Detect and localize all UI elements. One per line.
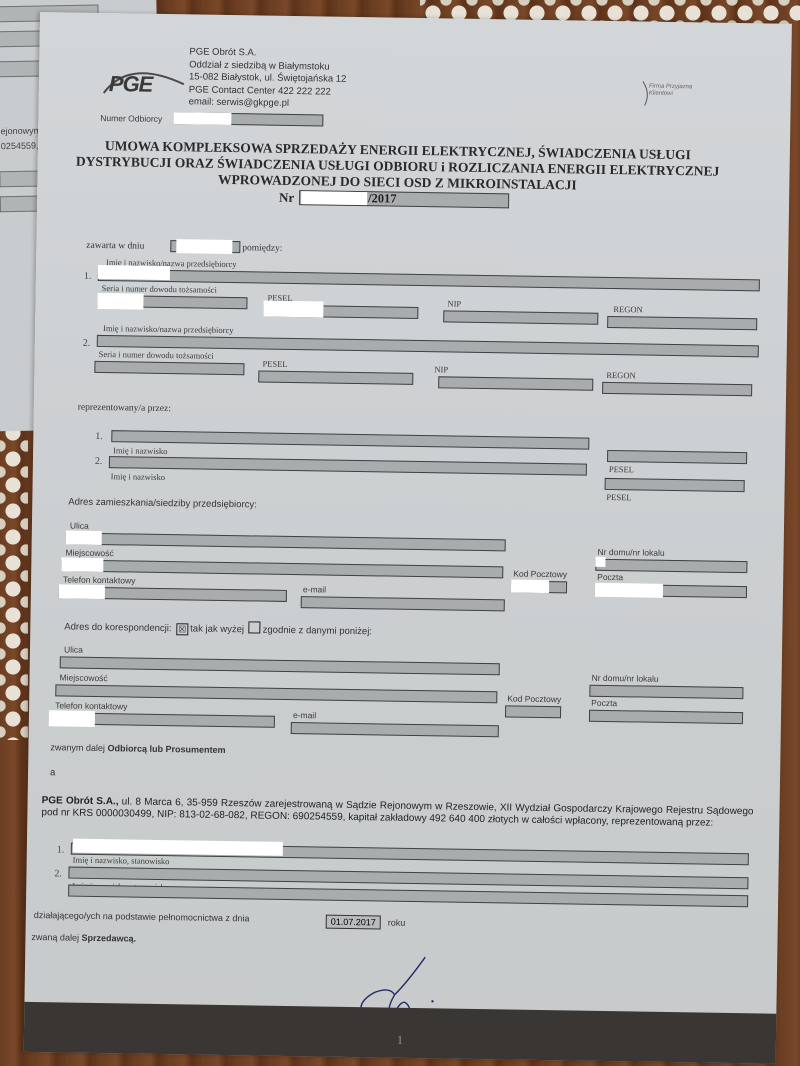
contract-number-year: /2017 (368, 191, 397, 206)
party-2-pesel-field[interactable] (258, 370, 413, 384)
rep-1-pesel-label: PESEL (609, 464, 634, 474)
rep-1-index: 1. (95, 431, 103, 442)
corr-house-field[interactable] (589, 685, 743, 699)
lace-doily-left (0, 420, 28, 740)
party-2-name-label: Imię i nazwisko/nazwa przedsiębiorcy (103, 323, 234, 335)
customer-friendly-badge: Firma Przyjazna Klientowi (649, 84, 709, 99)
party-2-id-label: Seria i numer dowodu tożsamości (99, 349, 214, 361)
named-as-seller-prefix: zwaną dalej (31, 932, 79, 943)
rep-2-pesel-field[interactable] (605, 478, 745, 492)
customer-number-label: Numer Odbiorcy (100, 113, 162, 124)
corr-email-label: e-mail (293, 710, 316, 720)
address-section-label: Adres zamieszkania/siedziby przedsiębior… (68, 497, 257, 511)
rep-2-index: 2. (95, 456, 103, 467)
rep-1-name-field[interactable] (111, 430, 589, 450)
power-of-attorney-date[interactable]: 01.07.2017 (326, 915, 381, 930)
represented-by-label: reprezentowany/a przez: (78, 403, 171, 414)
same-address-label: tak jak wyżej (190, 623, 244, 635)
rep-2-pesel-label: PESEL (606, 492, 631, 502)
page-number: 1 (397, 1033, 403, 1048)
redaction (176, 239, 232, 254)
correspondence-label: Adres do korespondencji: (64, 621, 171, 634)
seller-details: ul. 8 Marca 6, 35-959 Rzeszów zarejestro… (41, 796, 753, 828)
seller-rep-1-index: 1. (57, 844, 65, 855)
redaction (263, 301, 323, 318)
named-as-seller-role: Sprzedawcą. (81, 933, 136, 944)
corr-street-field[interactable] (60, 656, 500, 675)
corr-postal-field[interactable] (505, 705, 561, 718)
named-as-role: Odbiorcą lub Prosumentem (107, 743, 225, 755)
corr-postal-label: Kod Pocztowy (507, 693, 561, 704)
address-house-label: Nr domu/nr lokalu (598, 547, 665, 558)
contract-document: PGE PGE Obrót S.A. Oddział z siedzibą w … (24, 12, 792, 1064)
rep-2-name-field[interactable] (109, 456, 587, 476)
address-street-label: Ulica (70, 521, 89, 531)
below-address-label: zgodnie z danymi poniżej: (263, 625, 372, 638)
seller-rep-1-label: Imię i nazwisko, stanowisko (73, 855, 170, 867)
redaction (595, 557, 605, 567)
redaction (61, 557, 103, 572)
address-house-field[interactable] (595, 559, 747, 573)
corr-post-office-label: Poczta (591, 698, 617, 708)
seller-description: PGE Obrót S.A., ul. 8 Marca 6, 35-959 Rz… (41, 795, 753, 830)
redaction (595, 583, 663, 598)
correspondence-row: Adres do korespondencji: ☒tak jak wyżej … (64, 618, 372, 638)
seller-rep-2-index: 2. (54, 868, 62, 879)
year-suffix: roku (388, 918, 406, 928)
party-2-nip-field[interactable] (438, 376, 593, 390)
redaction (59, 584, 105, 599)
named-as-seller: zwaną dalej Sprzedawcą. (31, 932, 136, 944)
corr-post-office-field[interactable] (589, 710, 743, 724)
party-1-nip-field[interactable] (443, 310, 598, 324)
named-as-prefix: zwanym dalej (50, 742, 105, 753)
company-header: PGE Obrót S.A. Oddział z siedzibą w Biał… (188, 46, 346, 111)
party-2-regon-label: REGON (606, 370, 635, 380)
party-2-pesel-label: PESEL (262, 359, 287, 369)
redaction (301, 191, 367, 205)
between-label: pomiędzy: (242, 243, 282, 254)
party-2-nip-label: NIP (434, 364, 448, 374)
same-address-checkbox[interactable]: ☒ (176, 623, 188, 635)
rep-2-name-label: Imię i nazwisko (111, 471, 165, 482)
seller-rep-2-extra-field[interactable] (68, 885, 748, 908)
concluded-on-label: zawarta w dniu (86, 241, 144, 252)
conjunction: a (50, 767, 55, 778)
redaction (97, 293, 143, 310)
corr-street-label: Ulica (64, 644, 83, 654)
party-1-nip-label: NIP (447, 298, 461, 308)
address-street-field[interactable] (66, 532, 506, 551)
party-1-regon-label: REGON (613, 304, 642, 314)
address-email-field[interactable] (301, 596, 505, 611)
contract-number-label: Nr (279, 190, 294, 206)
seller-name: PGE Obrót S.A., (42, 795, 119, 807)
party-2-regon-field[interactable] (602, 382, 752, 396)
address-post-office-label: Poczta (597, 572, 623, 582)
corr-email-field[interactable] (291, 722, 499, 737)
redaction (173, 112, 231, 125)
power-of-attorney-label: działającego/ych na podstawie pełnomocni… (34, 910, 250, 923)
party-2-id-field[interactable] (94, 361, 244, 375)
redaction (511, 579, 549, 593)
pge-logo: PGE (109, 71, 153, 98)
redaction (66, 530, 102, 545)
redaction (98, 265, 170, 280)
badge-swoosh-icon (641, 79, 655, 107)
party-1-index: 1. (84, 271, 92, 282)
party-1-regon-field[interactable] (607, 316, 757, 330)
rep-1-name-label: Imię i nazwisko (113, 445, 167, 456)
named-as-customer: zwanym dalej Odbiorcą lub Prosumentem (50, 742, 225, 755)
corr-city-label: Miejscowość (59, 672, 107, 683)
company-email: email: serwis@gkpge.pl (188, 96, 346, 111)
address-postal-label: Kod Pocztowy (513, 569, 567, 580)
redaction (49, 710, 95, 727)
corr-house-label: Nr domu/nr lokalu (592, 673, 659, 684)
party-2-index: 2. (83, 338, 91, 349)
rep-1-pesel-field[interactable] (607, 450, 747, 464)
address-email-label: e-mail (303, 584, 326, 594)
below-address-checkbox[interactable] (249, 621, 261, 633)
